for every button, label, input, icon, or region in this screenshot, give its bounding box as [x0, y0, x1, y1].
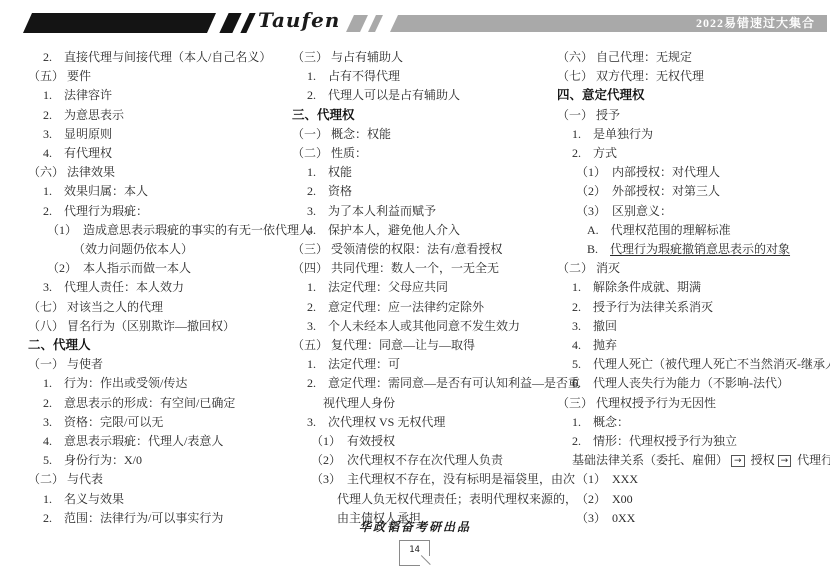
outline-item: （四） 共同代理：数人一个，一无全无 — [292, 259, 556, 278]
outline-item: 4. 意思表示瑕疵：代理人/表意人 — [43, 432, 290, 451]
outline-item: 2. 意定代理：应一法律约定除外 — [307, 298, 556, 317]
outline-item: （二） 性质： — [292, 144, 556, 163]
outline-item: 5. 身份行为：X/0 — [43, 451, 290, 470]
outline-item: 4. 有代理权 — [43, 144, 290, 163]
brand-wordmark: Taufen — [258, 8, 340, 32]
outline-item: 2. 资格 — [307, 182, 556, 201]
outline-item: 1. 占有不得代理 — [307, 67, 556, 86]
document-page: 韬奋考研 Taufen 2022易错速过大集合 2. 直接代理与间接代理（本人/… — [0, 0, 830, 581]
outline-item: 2. 意思表示的形成：有空间/已确定 — [43, 394, 290, 413]
outline-item: 四、意定代理权 — [557, 86, 829, 105]
outline-item: （2） X00 — [576, 490, 829, 509]
outline-item: （三） 与占有辅助人 — [292, 48, 556, 67]
outline-item: 2. 方式 — [572, 144, 829, 163]
outline-item: 1. 法律容许 — [43, 86, 290, 105]
outline-item: 3. 个人未经本人或其他同意不发生效力 — [307, 317, 556, 336]
slash-decoration-icon — [240, 13, 255, 33]
outline-item: 1. 名义与效果 — [43, 490, 290, 509]
outline-item: 3. 资格：完限/可以无 — [43, 413, 290, 432]
edition-banner: 2022易错速过大集合 — [390, 15, 827, 32]
page-number-box: 14 — [399, 540, 430, 566]
outline-item: 1. 权能 — [307, 163, 556, 182]
outline-item: 代理人负无权代理责任；表明代理权来源的， — [337, 490, 556, 509]
outline-column-left: 2. 直接代理与间接代理（本人/自己名义）（五） 要件1. 法律容许2. 为意思… — [28, 48, 290, 528]
outline-item: （3） 主代理权不存在，没有标明是福袋里，由次 — [311, 470, 556, 489]
outline-item: 1. 法定代理：父母应共同 — [307, 278, 556, 297]
outline-item: 1. 行为：作出或受领/传达 — [43, 374, 290, 393]
outline-item: A. 代理权范围的理解标准 — [587, 221, 829, 240]
outline-item: （2） 本人指示而做一本人 — [47, 259, 290, 278]
publisher-credit: 华政韬奋考研出品 — [0, 518, 830, 535]
outline-item: 3. 显明原则 — [43, 125, 290, 144]
edition-banner-text: 2022易错速过大集合 — [696, 16, 815, 30]
outline-item: （一） 概念：权能 — [292, 125, 556, 144]
outline-item: B. 代理行为瑕疵撤销意思表示的对象 — [587, 240, 829, 259]
outline-item: （一） 与使者 — [28, 355, 290, 374]
outline-item: 2. 为意思表示 — [43, 106, 290, 125]
outline-item: 1. 法定代理：可 — [307, 355, 556, 374]
outline-item: （八） 冒名行为（区别欺诈—撤回权） — [28, 317, 290, 336]
slash-decoration-icon — [219, 13, 241, 33]
outline-item: 3. 为了本人利益而赋予 — [307, 202, 556, 221]
outline-item: （二） 消灭 — [557, 259, 829, 278]
outline-item: （1） 有效授权 — [311, 432, 556, 451]
outline-item: （三） 代理权授予行为无因性 — [557, 394, 829, 413]
outline-item: （2） 次代理权不存在次代理人负责 — [311, 451, 556, 470]
outline-item: 1. 概念： — [572, 413, 829, 432]
outline-item: 三、代理权 — [292, 106, 556, 125]
outline-item: 6. 代理人丧失行为能力（不影响-法代） — [572, 374, 829, 393]
outline-item: （二） 与代表 — [28, 470, 290, 489]
outline-item: （七） 对该当之人的代理 — [28, 298, 290, 317]
outline-item: （一） 授予 — [557, 106, 829, 125]
outline-item: （3） 区别意义： — [576, 202, 829, 221]
underlined-text: 代理行为瑕疵撤销意思表示的对象 — [610, 242, 790, 256]
boxed-arrow-icon: → — [778, 455, 792, 467]
slash-decoration-icon — [346, 15, 368, 32]
outline-item: 2. 直接代理与间接代理（本人/自己名义） — [43, 48, 290, 67]
outline-item: 基础法律关系（委托、雇佣）→ 授权→ 代理行为 — [572, 451, 829, 470]
outline-item: 3. 代理人责任：本人效力 — [43, 278, 290, 297]
outline-item: 2. 代理人可以是占有辅助人 — [307, 86, 556, 105]
boxed-arrow-icon: → — [731, 455, 745, 467]
outline-item: 2. 情形：代理权授予行为独立 — [572, 432, 829, 451]
outline-item: （三） 受领清偿的权限：法有/意看授权 — [292, 240, 556, 259]
outline-item: （五） 复代理：同意—让与—取得 — [292, 336, 556, 355]
outline-item: （1） 造成意思表示瑕疵的事实的有无一依代理人 — [47, 221, 290, 240]
outline-item: 二、代理人 — [28, 336, 290, 355]
outline-column-middle: （三） 与占有辅助人1. 占有不得代理2. 代理人可以是占有辅助人三、代理权（一… — [292, 48, 556, 528]
outline-item: （六） 法律效果 — [28, 163, 290, 182]
outline-item: （1） 内部授权：对代理人 — [576, 163, 829, 182]
outline-item: （五） 要件 — [28, 67, 290, 86]
outline-item: （七） 双方代理：无权代理 — [557, 67, 829, 86]
outline-item: 4. 保护本人，避免他人介入 — [307, 221, 556, 240]
outline-item: 2. 授予行为法律关系消灭 — [572, 298, 829, 317]
outline-item: 视代理人身份 — [323, 394, 556, 413]
outline-item: （1） XXX — [576, 470, 829, 489]
outline-column-right: （六） 自己代理：无规定（七） 双方代理：无权代理四、意定代理权（一） 授予1.… — [557, 48, 829, 528]
outline-item: 5. 代理人死亡（被代理人死亡不当然消灭-继承人） — [572, 355, 829, 374]
outline-item: 3. 次代理权 VS 无权代理 — [307, 413, 556, 432]
outline-item: （2） 外部授权：对第三人 — [576, 182, 829, 201]
page-number: 14 — [409, 545, 420, 555]
logo-banner: 韬奋考研 — [23, 13, 216, 33]
outline-item: 3. 撤回 — [572, 317, 829, 336]
outline-item: 2. 意定代理：需同意—是否有可认知利益—是否重 — [307, 374, 556, 393]
outline-item: 2. 代理行为瑕疵： — [43, 202, 290, 221]
outline-item: 1. 解除条件成就、期满 — [572, 278, 829, 297]
outline-item: 1. 效果归属：本人 — [43, 182, 290, 201]
slash-decoration-icon — [368, 15, 383, 32]
outline-item: （六） 自己代理：无规定 — [557, 48, 829, 67]
outline-item: （效力问题仍依本人） — [73, 240, 290, 259]
outline-item: 1. 是单独行为 — [572, 125, 829, 144]
page-fold-icon — [420, 556, 430, 566]
outline-item: 4. 抛弃 — [572, 336, 829, 355]
